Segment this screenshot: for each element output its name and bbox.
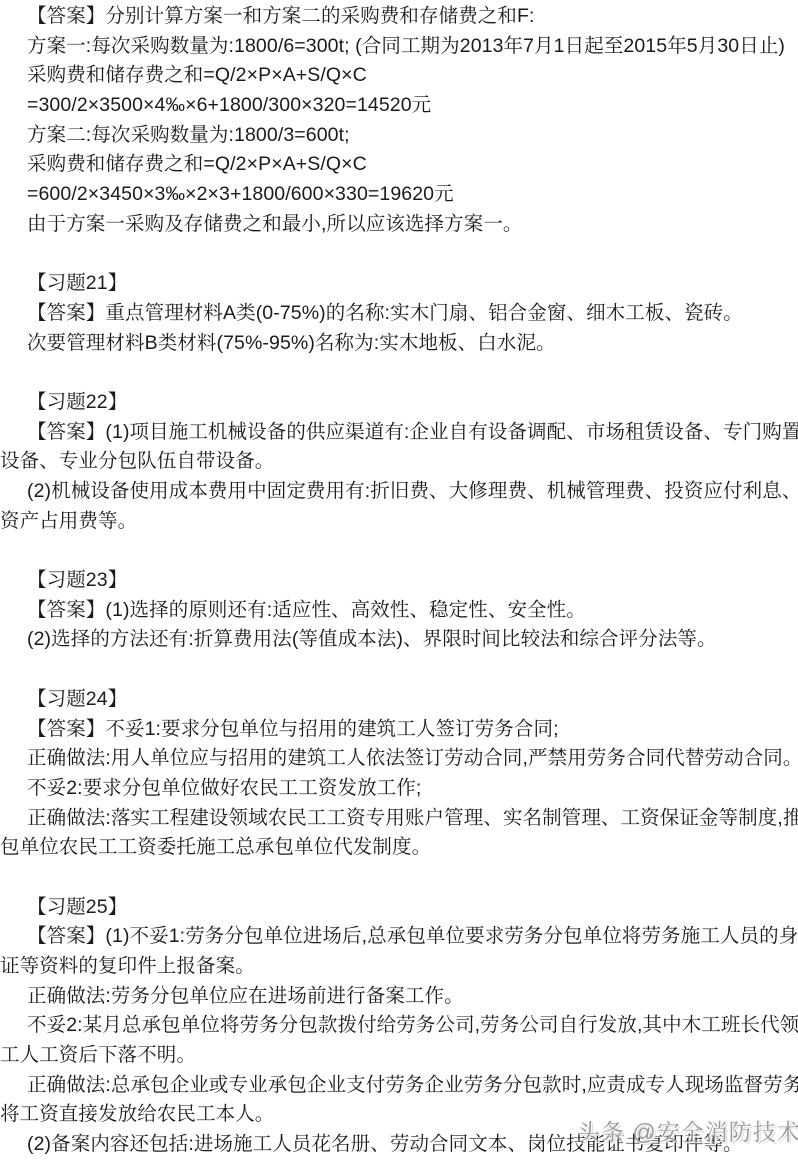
answer-line: 【答案】(1)项目施工机械设备的供应渠道有:企业自有设备调配、市场租赁设备、专门… — [0, 418, 798, 448]
text-line: 方案二:每次采购数量为:1800/3=600t; — [0, 121, 798, 151]
formula-line: =600/2×3450×3‰×2×3+1800/600×330=19620元 — [0, 180, 798, 210]
text-line: 由于方案一采购及存储费之和最小,所以应该选择方案一。 — [0, 210, 798, 240]
text-line: 证等资料的复印件上报备案。 — [0, 952, 798, 982]
text-line: 设备、专业分包队伍自带设备。 — [0, 447, 798, 477]
blank-line — [0, 358, 798, 388]
text-line: (2)选择的方法还有:折算费用法(等值成本法)、界限时间比较法和综合评分法等。 — [0, 625, 798, 655]
exercise-22-heading: 【习题22】 — [0, 388, 798, 418]
watermark: 头条 @安全消防技术 — [577, 1114, 798, 1147]
blank-line — [0, 536, 798, 566]
blank-line — [0, 655, 798, 685]
blank-line — [0, 863, 798, 893]
text-line: 正确做法:总承包企业或专业承包企业支付劳务企业劳务分包款时,应责成专人现场监督劳… — [0, 1071, 798, 1101]
text-line: 工人工资后下落不明。 — [0, 1041, 798, 1071]
text-line: 不妥2:要求分包单位做好农民工工资发放工作; — [0, 774, 798, 804]
text-line: 不妥2:某月总承包单位将劳务分包款拨付给劳务公司,劳务公司自行发放,其中木工班长… — [0, 1011, 798, 1041]
answer-line: 【答案】分别计算方案一和方案二的采购费和存储费之和F: — [0, 2, 798, 32]
text-line: 资产占用费等。 — [0, 507, 798, 537]
text-line: 正确做法:落实工程建设领域农民工工资专用账户管理、实名制管理、工资保证金等制度,… — [0, 804, 798, 834]
exercise-23-heading: 【习题23】 — [0, 566, 798, 596]
answer-document-body: 【答案】分别计算方案一和方案二的采购费和存储费之和F:方案一:每次采购数量为:1… — [0, 0, 798, 1160]
text-line: 次要管理材料B类材料(75%-95%)名称为:实木地板、白水泥。 — [0, 329, 798, 359]
answer-line: 【答案】不妥1:要求分包单位与招用的建筑工人签订劳务合同; — [0, 715, 798, 745]
answer-line: 【答案】(1)选择的原则还有:适应性、高效性、稳定性、安全性。 — [0, 596, 798, 626]
text-line: 包单位农民工工资委托施工总承包单位代发制度。 — [0, 833, 798, 863]
formula-line: =300/2×3500×4‰×6+1800/300×320=14520元 — [0, 91, 798, 121]
formula-line: 采购费和储存费之和=Q/2×P×A+S/Q×C — [0, 150, 798, 180]
document-page: 【答案】分别计算方案一和方案二的采购费和存储费之和F:方案一:每次采购数量为:1… — [0, 0, 798, 1161]
text-line: 方案一:每次采购数量为:1800/6=300t; (合同工期为2013年7月1日… — [0, 32, 798, 62]
text-line: 正确做法:劳务分包单位应在进场前进行备案工作。 — [0, 982, 798, 1012]
text-line: 正确做法:用人单位应与招用的建筑工人依法签订劳动合同,严禁用劳务合同代替劳动合同… — [0, 744, 798, 774]
text-line: (2)机械设备使用成本费用中固定费用有:折旧费、大修理费、机械管理费、投资应付利… — [0, 477, 798, 507]
blank-line — [0, 240, 798, 270]
exercise-25-heading: 【习题25】 — [0, 893, 798, 923]
answer-line: 【答案】(1)不妥1:劳务分包单位进场后,总承包单位要求劳务分包单位将劳务施工人… — [0, 922, 798, 952]
exercise-21-heading: 【习题21】 — [0, 269, 798, 299]
formula-line: 采购费和储存费之和=Q/2×P×A+S/Q×C — [0, 61, 798, 91]
exercise-24-heading: 【习题24】 — [0, 685, 798, 715]
answer-line: 【答案】重点管理材料A类(0-75%)的名称:实木门扇、铝合金窗、细木工板、瓷砖… — [0, 299, 798, 329]
